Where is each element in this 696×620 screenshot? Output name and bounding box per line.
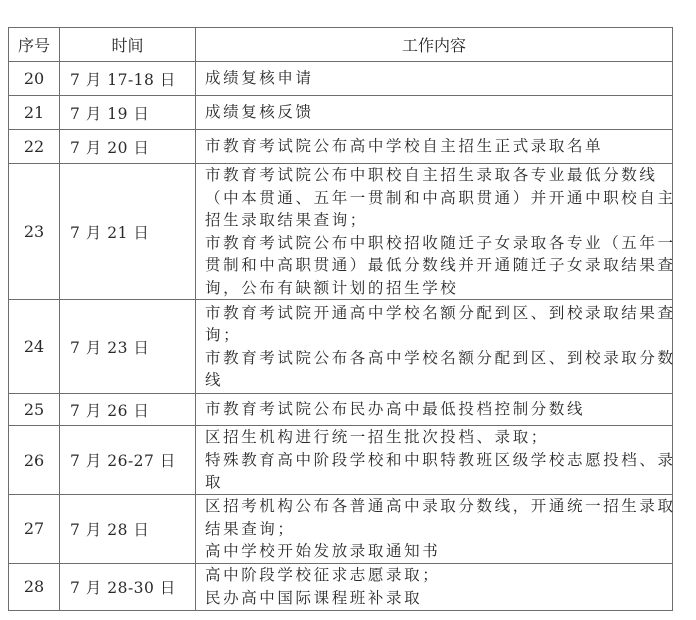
content-line: 市教育考试院公布中职校招收随迁子女录取各专业（五年一 <box>205 232 664 255</box>
content-line: 线 <box>205 369 664 392</box>
row-number: 28 <box>9 563 60 610</box>
table-row: 227 月 20 日市教育考试院公布高中学校自主招生正式录取名单 <box>9 130 673 164</box>
schedule-table: 序号 时间 工作内容 207 月 17-18 日成绩复核申请217 月 19 日… <box>8 27 673 611</box>
header-time: 时间 <box>60 28 196 62</box>
row-number: 27 <box>9 495 60 564</box>
content-line: 市教育考试院公布各高中学校名额分配到区、到校录取分数 <box>205 347 664 370</box>
row-number: 20 <box>9 62 60 96</box>
content-line: 询； <box>205 324 664 347</box>
content-line: 市教育考试院公布中职校自主招生录取各专业最低分数线 <box>205 164 664 187</box>
row-date: 7 月 19 日 <box>60 96 196 130</box>
table-row: 267 月 26-27 日区招生机构进行统一招生批次投档、录取；特殊教育高中阶段… <box>9 426 673 495</box>
row-content: 市教育考试院公布民办高中最低投档控制分数线 <box>196 394 673 426</box>
content-line: 区招考机构公布各普通高中录取分数线，开通统一招生录取 <box>205 495 664 518</box>
content-line: 询，公布有缺额计划的招生学校 <box>205 277 664 300</box>
content-line: 民办高中国际课程班补录取 <box>205 587 664 610</box>
row-content: 成绩复核反馈 <box>196 96 673 130</box>
content-line: 成绩复核反馈 <box>205 101 664 124</box>
row-date: 7 月 17-18 日 <box>60 62 196 96</box>
content-line: 成绩复核申请 <box>205 67 664 90</box>
content-line: 贯制和中高职贯通）最低分数线并开通随迁子女录取结果查 <box>205 254 664 277</box>
table-row: 247 月 23 日市教育考试院开通高中学校名额分配到区、到校录取结果查询；市教… <box>9 300 673 394</box>
row-number: 26 <box>9 426 60 495</box>
content-line: 市教育考试院公布民办高中最低投档控制分数线 <box>205 398 664 421</box>
table-row: 237 月 21 日市教育考试院公布中职校自主招生录取各专业最低分数线（中本贯通… <box>9 164 673 300</box>
row-content: 高中阶段学校征求志愿录取；民办高中国际课程班补录取 <box>196 563 673 610</box>
table-row: 287 月 28-30 日高中阶段学校征求志愿录取；民办高中国际课程班补录取 <box>9 563 673 610</box>
row-date: 7 月 28 日 <box>60 495 196 564</box>
table-row: 277 月 28 日区招考机构公布各普通高中录取分数线，开通统一招生录取结果查询… <box>9 495 673 564</box>
content-line: 高中阶段学校征求志愿录取； <box>205 564 664 587</box>
header-row: 序号 时间 工作内容 <box>9 28 673 62</box>
table-row: 217 月 19 日成绩复核反馈 <box>9 96 673 130</box>
content-line: 市教育考试院公布高中学校自主招生正式录取名单 <box>205 135 664 158</box>
row-date: 7 月 26 日 <box>60 394 196 426</box>
content-line: 高中学校开始发放录取通知书 <box>205 540 664 563</box>
row-number: 21 <box>9 96 60 130</box>
header-number: 序号 <box>9 28 60 62</box>
row-number: 22 <box>9 130 60 164</box>
content-line: 招生录取结果查询； <box>205 209 664 232</box>
content-line: 结果查询； <box>205 518 664 541</box>
row-date: 7 月 26-27 日 <box>60 426 196 495</box>
content-line: 特殊教育高中阶段学校和中职特教班区级学校志愿投档、录 <box>205 449 664 472</box>
content-line: 区招生机构进行统一招生批次投档、录取； <box>205 426 664 449</box>
table-row: 257 月 26 日市教育考试院公布民办高中最低投档控制分数线 <box>9 394 673 426</box>
row-number: 23 <box>9 164 60 300</box>
row-date: 7 月 23 日 <box>60 300 196 394</box>
content-line: 取 <box>205 471 664 494</box>
row-content: 区招生机构进行统一招生批次投档、录取；特殊教育高中阶段学校和中职特教班区级学校志… <box>196 426 673 495</box>
row-date: 7 月 21 日 <box>60 164 196 300</box>
content-line: （中本贯通、五年一贯制和中高职贯通）并开通中职校自主 <box>205 187 664 210</box>
row-content: 成绩复核申请 <box>196 62 673 96</box>
table-row: 207 月 17-18 日成绩复核申请 <box>9 62 673 96</box>
content-line: 市教育考试院开通高中学校名额分配到区、到校录取结果查 <box>205 302 664 325</box>
row-content: 市教育考试院公布高中学校自主招生正式录取名单 <box>196 130 673 164</box>
row-number: 24 <box>9 300 60 394</box>
row-date: 7 月 28-30 日 <box>60 563 196 610</box>
row-number: 25 <box>9 394 60 426</box>
row-content: 区招考机构公布各普通高中录取分数线，开通统一招生录取结果查询；高中学校开始发放录… <box>196 495 673 564</box>
row-content: 市教育考试院公布中职校自主招生录取各专业最低分数线（中本贯通、五年一贯制和中高职… <box>196 164 673 300</box>
row-content: 市教育考试院开通高中学校名额分配到区、到校录取结果查询；市教育考试院公布各高中学… <box>196 300 673 394</box>
header-content: 工作内容 <box>196 28 673 62</box>
row-date: 7 月 20 日 <box>60 130 196 164</box>
